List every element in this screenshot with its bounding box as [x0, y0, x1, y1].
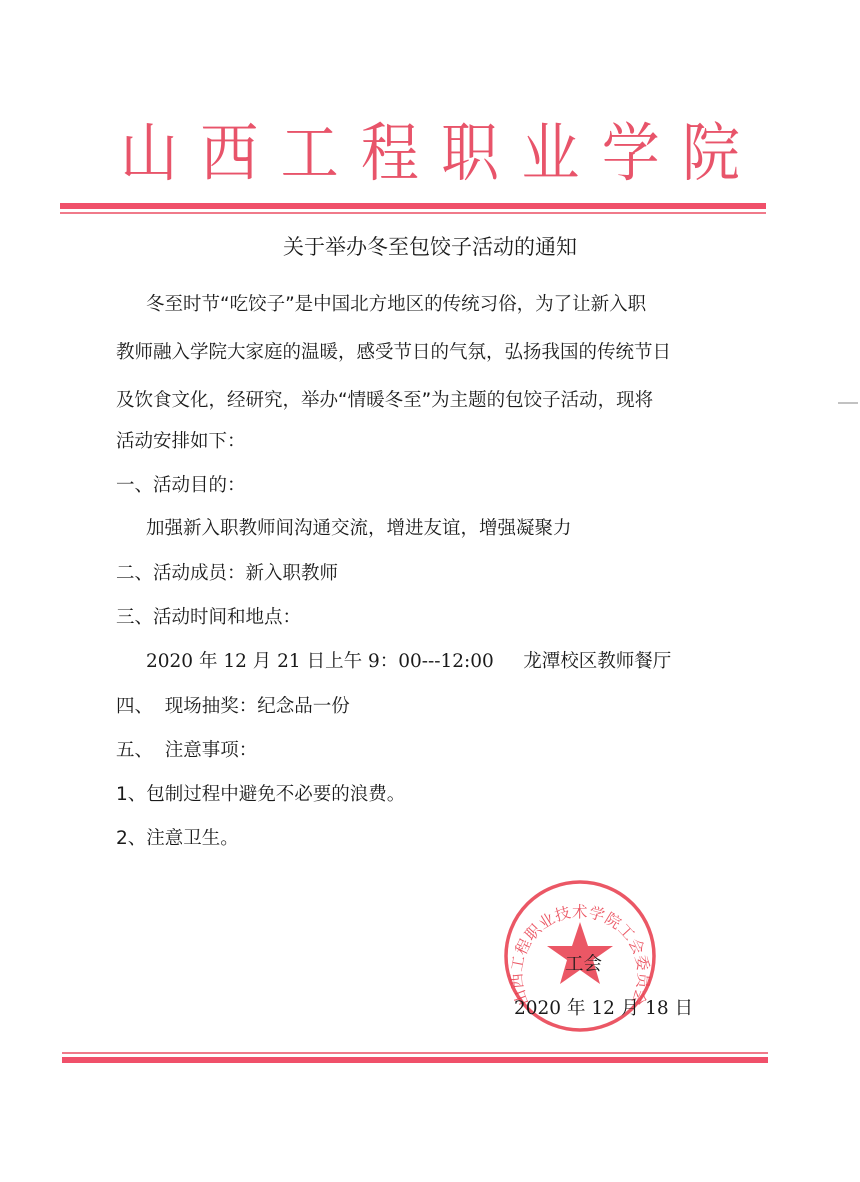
- letterhead-char: 业: [521, 115, 579, 192]
- document-page: 山 西 工 程 职 业 学 院 关于举办冬至包饺子活动的通知 冬至时节“吃饺子”…: [0, 0, 860, 1182]
- note-item: 2、注意卫生。: [116, 824, 239, 854]
- header-rule-thick: [60, 203, 766, 209]
- note-item: 1、包制过程中避免不必要的浪费。: [116, 780, 405, 810]
- letterhead-char: 山: [120, 115, 178, 192]
- footer-rule-thick: [62, 1057, 768, 1063]
- section-heading-lottery: 四、 现场抽奖：纪念品一份: [116, 692, 350, 722]
- header-rule-thin: [60, 212, 766, 214]
- letterhead-char: 职: [441, 115, 499, 192]
- section-heading-purpose: 一、活动目的：: [116, 471, 246, 501]
- signature-date: 2020 年 12 月 18 日: [514, 996, 693, 1022]
- scan-artifact: [838, 402, 858, 404]
- intro-line: 教师融入学院大家庭的温暖，感受节日的气氛，弘扬我国的传统节日: [116, 338, 671, 368]
- section-body-purpose: 加强新入职教师间沟通交流，增进友谊，增强凝聚力: [146, 514, 572, 544]
- letterhead-char: 院: [682, 115, 740, 192]
- letterhead-char: 学: [602, 115, 660, 192]
- footer-rule-thin: [62, 1052, 768, 1054]
- section-body-time-place: 2020 年 12 月 21 日上午 9：00---12:00 龙潭校区教师餐厅: [146, 647, 671, 677]
- signature-org: 工会: [565, 952, 602, 978]
- section-heading-notes: 五、 注意事项：: [116, 736, 257, 766]
- letterhead-char: 程: [361, 115, 419, 192]
- document-title: 关于举办冬至包饺子活动的通知: [0, 232, 860, 262]
- intro-line: 及饮食文化，经研究，举办“情暖冬至”为主题的包饺子活动，现将: [116, 386, 653, 416]
- letterhead-char: 西: [200, 115, 258, 192]
- letterhead-char: 工: [281, 115, 339, 192]
- intro-line: 冬至时节“吃饺子”是中国北方地区的传统习俗，为了让新入职: [146, 290, 646, 320]
- intro-line: 活动安排如下：: [116, 427, 246, 457]
- section-heading-time-place: 三、活动时间和地点：: [116, 603, 301, 633]
- letterhead-institution-name: 山 西 工 程 职 业 学 院: [120, 118, 740, 188]
- section-heading-members: 二、活动成员：新入职教师: [116, 559, 338, 589]
